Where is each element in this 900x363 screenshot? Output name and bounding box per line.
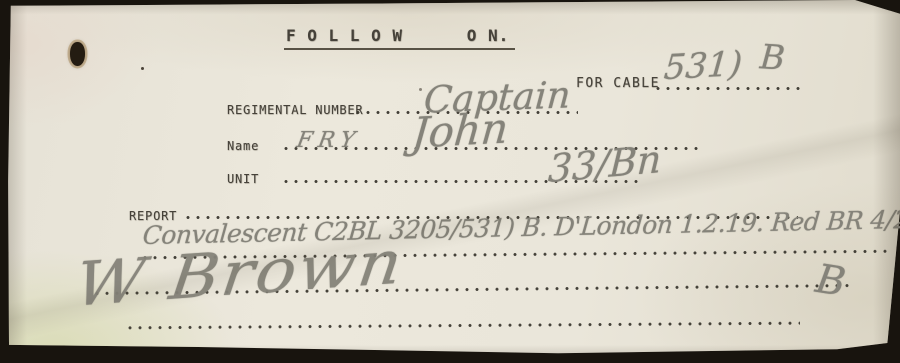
cable-number-handwriting: 531) xyxy=(662,44,744,88)
scanned-document: F O L L O W O N. FOR CABLE REGIMENTAL NU… xyxy=(0,0,900,363)
paper-speck xyxy=(419,88,422,91)
surname-handwriting: FRY xyxy=(295,128,363,153)
name-label: Name xyxy=(227,139,259,153)
form-title: F O L L O W O N. xyxy=(284,26,515,50)
paper-speck xyxy=(141,67,144,70)
given-name-handwriting: John xyxy=(410,103,510,157)
cable-label: FOR CABLE xyxy=(576,76,660,91)
punch-hole-mark xyxy=(70,42,85,66)
regimental-number-label: REGIMENTAL NUMBER xyxy=(227,103,363,117)
cable-letter-handwriting: B xyxy=(759,37,787,79)
unit-label: UNIT xyxy=(227,172,259,186)
